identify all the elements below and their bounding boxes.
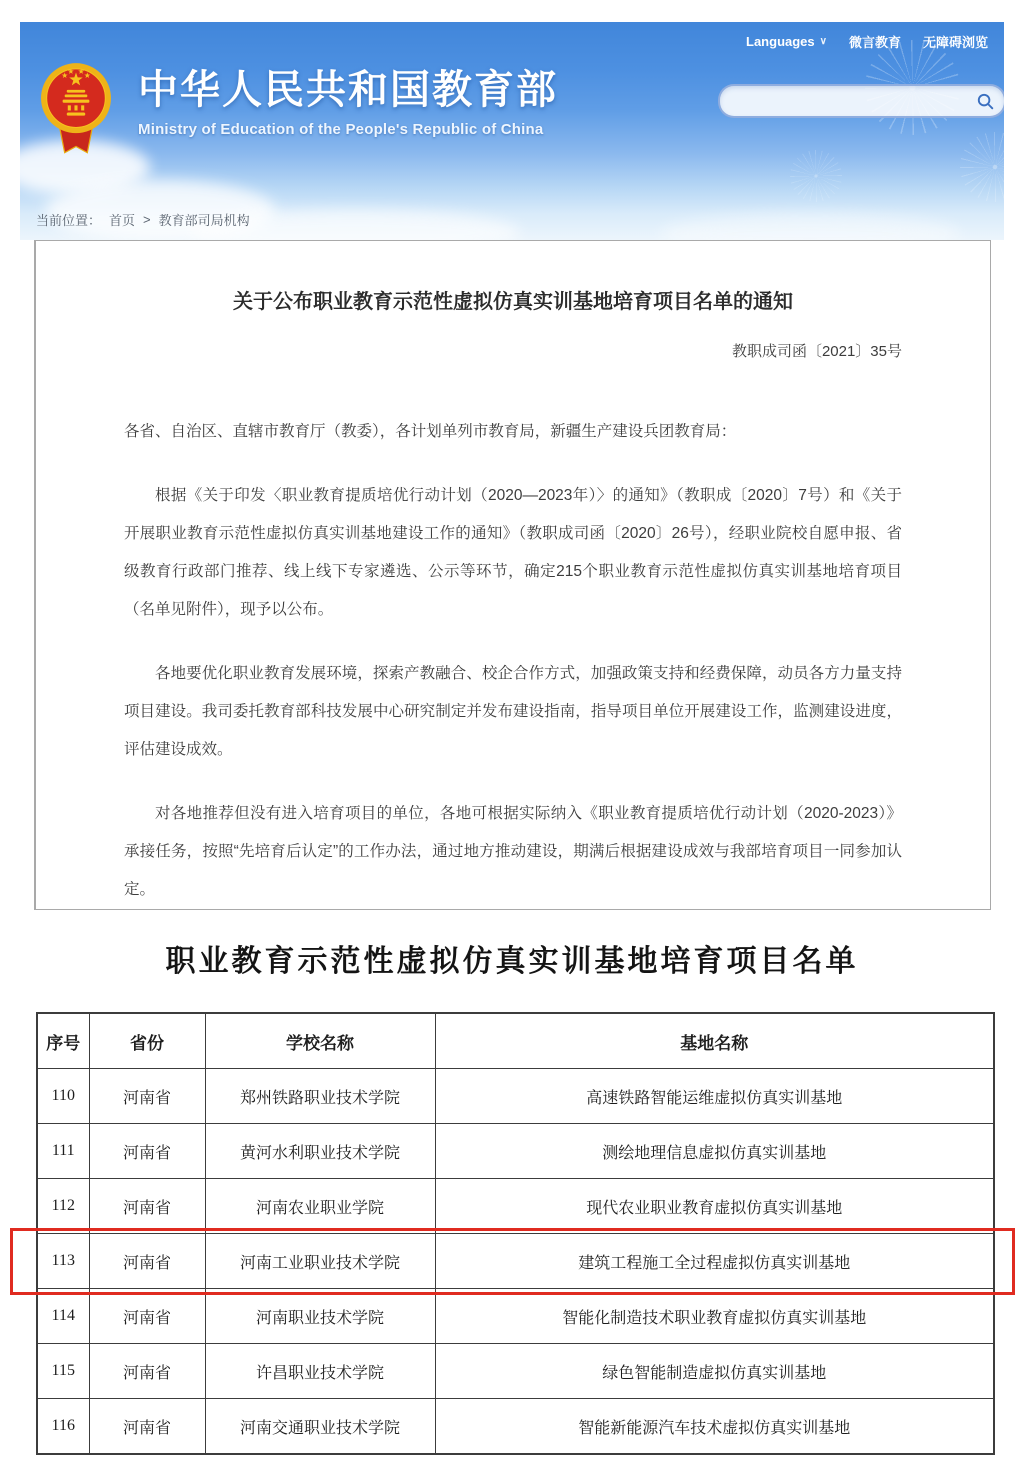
column-header-base: 基地名称 — [435, 1013, 994, 1069]
cell-province: 河南省 — [89, 1344, 205, 1399]
cell-index: 114 — [37, 1289, 89, 1344]
languages-label: Languages — [746, 34, 815, 49]
breadcrumb-current-link[interactable]: 教育部司局机构 — [159, 210, 250, 229]
notice-paragraph: 根据《关于印发〈职业教育提质培优行动计划（2020—2023年）〉的通知》（教职… — [124, 477, 902, 629]
table-row: 115 河南省 许昌职业技术学院 绿色智能制造虚拟仿真实训基地 — [37, 1344, 994, 1399]
brand-text: 中华人民共和国教育部 Ministry of Education of the … — [138, 62, 558, 160]
cell-school: 许昌职业技术学院 — [205, 1344, 435, 1399]
chevron-down-icon: ∨ — [820, 36, 827, 47]
column-header-index: 序号 — [37, 1013, 89, 1069]
notice-salutation: 各省、自治区、直辖市教育厅（教委），各计划单列市教育局，新疆生产建设兵团教育局： — [124, 413, 902, 451]
languages-menu[interactable]: Languages ∨ — [746, 34, 827, 49]
cell-province: 河南省 — [89, 1234, 205, 1289]
table-row: 113 河南省 河南工业职业技术学院 建筑工程施工全过程虚拟仿真实训基地 — [37, 1234, 994, 1289]
notice-title: 关于公布职业教育示范性虚拟仿真实训基地培育项目名单的通知 — [124, 285, 902, 314]
table-row: 112 河南省 河南农业职业学院 现代农业职业教育虚拟仿真实训基地 — [37, 1179, 994, 1234]
notice-document-panel: 关于公布职业教育示范性虚拟仿真实训基地培育项目名单的通知 教职成司函〔2021〕… — [34, 240, 991, 910]
cell-province: 河南省 — [89, 1179, 205, 1234]
cell-province: 河南省 — [89, 1289, 205, 1344]
breadcrumb-home-link[interactable]: 首页 — [109, 210, 135, 229]
table-row: 111 河南省 黄河水利职业技术学院 测绘地理信息虚拟仿真实训基地 — [37, 1124, 994, 1179]
accessibility-link[interactable]: 无障碍浏览 — [923, 32, 988, 51]
cell-province: 河南省 — [89, 1124, 205, 1179]
search-input[interactable] — [720, 86, 974, 116]
notice-paragraph: 对各地推荐但没有进入培育项目的单位，各地可根据实际纳入《职业教育提质培优行动计划… — [124, 795, 902, 909]
cell-school: 河南农业职业学院 — [205, 1179, 435, 1234]
cell-index: 116 — [37, 1399, 89, 1455]
cell-index: 115 — [37, 1344, 89, 1399]
cell-base: 智能新能源汽车技术虚拟仿真实训基地 — [435, 1399, 994, 1455]
attachment-table-body: 110 河南省 郑州铁路职业技术学院 高速铁路智能运维虚拟仿真实训基地 111 … — [37, 1069, 994, 1455]
cell-base: 智能化制造技术职业教育虚拟仿真实训基地 — [435, 1289, 994, 1344]
cell-base: 建筑工程施工全过程虚拟仿真实训基地 — [435, 1234, 994, 1289]
cell-school: 河南交通职业技术学院 — [205, 1399, 435, 1455]
cell-base: 绿色智能制造虚拟仿真实训基地 — [435, 1344, 994, 1399]
table-header-row: 序号 省份 学校名称 基地名称 — [37, 1013, 994, 1069]
attachment-table-title: 职业教育示范性虚拟仿真实训基地培育项目名单 — [0, 936, 1024, 980]
dandelion-decoration — [960, 132, 1004, 202]
header-utility-links: Languages ∨ 微言教育 无障碍浏览 — [746, 32, 988, 51]
table-row: 114 河南省 河南职业技术学院 智能化制造技术职业教育虚拟仿真实训基地 — [37, 1289, 994, 1344]
cell-province: 河南省 — [89, 1399, 205, 1455]
cell-school: 河南职业技术学院 — [205, 1289, 435, 1344]
notice-paragraph: 各地要优化职业教育发展环境，探索产教融合、校企合作方式，加强政策支持和经费保障，… — [124, 655, 902, 769]
weiyan-education-link[interactable]: 微言教育 — [849, 32, 901, 51]
cell-index: 111 — [37, 1124, 89, 1179]
site-logo-block: 中华人民共和国教育部 Ministry of Education of the … — [40, 62, 558, 160]
cell-index: 112 — [37, 1179, 89, 1234]
site-header: Languages ∨ 微言教育 无障碍浏览 — [20, 22, 1004, 240]
cell-school: 黄河水利职业技术学院 — [205, 1124, 435, 1179]
cell-index: 113 — [37, 1234, 89, 1289]
dandelion-decoration — [790, 150, 842, 202]
search-button[interactable] — [974, 86, 1004, 116]
national-emblem-logo[interactable] — [40, 62, 112, 160]
cell-school: 郑州铁路职业技术学院 — [205, 1069, 435, 1124]
notice-doc-number: 教职成司函〔2021〕35号 — [124, 340, 902, 361]
column-header-province: 省份 — [89, 1013, 205, 1069]
cell-school: 河南工业职业技术学院 — [205, 1234, 435, 1289]
table-row: 110 河南省 郑州铁路职业技术学院 高速铁路智能运维虚拟仿真实训基地 — [37, 1069, 994, 1124]
cell-base: 高速铁路智能运维虚拟仿真实训基地 — [435, 1069, 994, 1124]
search-icon — [977, 93, 994, 110]
column-header-school: 学校名称 — [205, 1013, 435, 1069]
breadcrumb-label: 当前位置： — [36, 210, 101, 229]
cell-base: 现代农业职业教育虚拟仿真实训基地 — [435, 1179, 994, 1234]
breadcrumb-separator: > — [143, 212, 151, 227]
cell-index: 110 — [37, 1069, 89, 1124]
breadcrumb: 当前位置： 首页 > 教育部司局机构 — [36, 210, 250, 229]
cloud-decoration — [660, 214, 960, 240]
site-title: 中华人民共和国教育部 — [138, 68, 558, 112]
cell-province: 河南省 — [89, 1069, 205, 1124]
attachment-table: 序号 省份 学校名称 基地名称 110 河南省 郑州铁路职业技术学院 高速铁路智… — [36, 1012, 995, 1455]
site-subtitle: Ministry of Education of the People's Re… — [138, 121, 558, 138]
table-row: 116 河南省 河南交通职业技术学院 智能新能源汽车技术虚拟仿真实训基地 — [37, 1399, 994, 1455]
site-search — [718, 84, 1004, 118]
cell-base: 测绘地理信息虚拟仿真实训基地 — [435, 1124, 994, 1179]
